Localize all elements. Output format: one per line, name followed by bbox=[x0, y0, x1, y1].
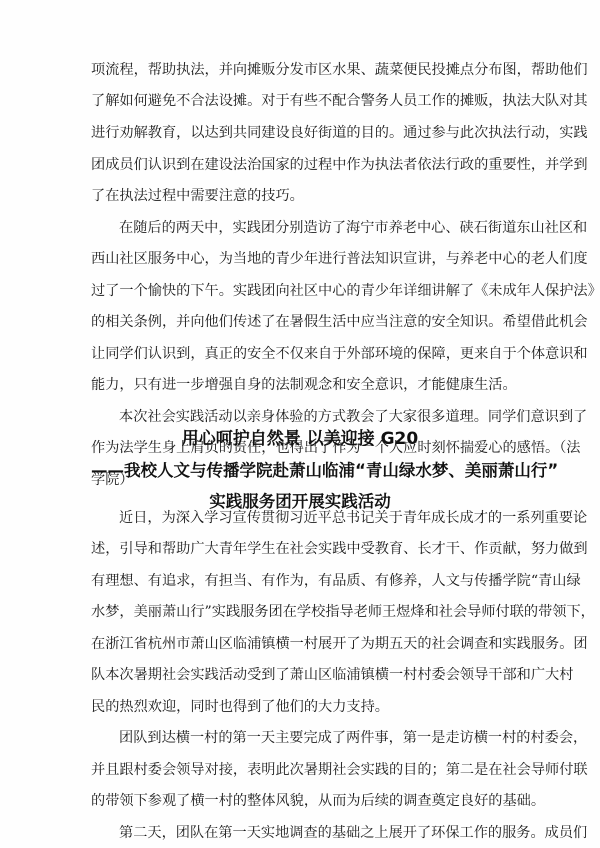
text-line: 的相关条例，并向他们传述了在暑假生活中应当注意的安全知识。希望借此机会 bbox=[91, 312, 511, 332]
text-line: 过了一个愉快的下午。实践团向社区中心的青少年详细讲解了《未成年人保护法》 bbox=[91, 281, 511, 301]
document-page: 项流程，帮助执法，并向摊贩分发市区水果、蔬菜便民投摊点分布图，帮助他们 了解如何… bbox=[0, 0, 600, 848]
text-line: 进行劝解教育，以达到共同建设良好街道的目的。通过参与此次执法行动，实践 bbox=[91, 123, 511, 143]
text-line: 在随后的两天中，实践团分别造访了海宁市养老中心、硖石街道东山社区和 bbox=[119, 218, 511, 238]
text-line: 队本次暑期社会实践活动受到了萧山区临浦镇横一村村委会领导干部和广大村 bbox=[91, 665, 511, 685]
text-line: 让同学们认识到，真正的安全不仅来自于外部环境的保障，更来自于个体意识和 bbox=[91, 344, 511, 364]
text-line: 团成员们认识到在建设法治国家的过程中作为执法者依法行政的重要性，并学到 bbox=[91, 155, 511, 175]
text-line: 项流程，帮助执法，并向摊贩分发市区水果、蔬菜便民投摊点分布图，帮助他们 bbox=[91, 60, 511, 80]
text-line: 近日，为深入学习宣传贯彻习近平总书记关于青年成长成才的一系列重要论 bbox=[119, 508, 511, 528]
text-line: 有理想、有追求，有担当、有作为，有品质、有修养，人文与传播学院“青山绿 bbox=[91, 571, 511, 591]
text-line: 本次社会实践活动以亲身体验的方式教会了大家很多道理。同学们意识到了 bbox=[119, 407, 511, 427]
text-line: 第二天，团队在第一天实地调查的基础之上展开了环保工作的服务。成员们 bbox=[119, 823, 511, 843]
text-line: 并且跟村委会领导对接，表明此次暑期社会实践的目的；第二是在社会导师付联 bbox=[91, 760, 511, 780]
text-line: 水梦，美丽萧山行”实践服务团在学校指导老师王煜烽和社会导师付联的带领下， bbox=[91, 602, 511, 622]
text-line: 了在执法过程中需要注意的技巧。 bbox=[91, 186, 511, 206]
text-line: 述，引导和帮助广大青年学生在社会实践中受教育、长才干、作贡献，努力做到 bbox=[91, 539, 511, 559]
text-line: 了解如何避免不合法设摊。对于有些不配合警务人员工作的摊贩，执法大队对其 bbox=[91, 91, 511, 111]
article-title: 用心呵护自然景 以美迎接 G20 bbox=[0, 427, 600, 451]
text-line: 西山社区服务中心，为当地的青少年进行普法知识宣讲，与养老中心的老人们度 bbox=[91, 249, 511, 269]
text-line: 的带领下参观了横一村的整体风貌，从而为后续的调查奠定良好的基础。 bbox=[91, 791, 511, 811]
article-subtitle: ——我校人文与传播学院赴萧山临浦“青山绿水梦、美丽萧山行” bbox=[91, 459, 511, 483]
text-line: 民的热烈欢迎，同时也得到了他们的大力支持。 bbox=[91, 697, 511, 717]
text-line: 团队到达横一村的第一天主要完成了两件事，第一是走访横一村的村委会， bbox=[119, 728, 511, 748]
text-line: 能力，只有进一步增强自身的法制观念和安全意识，才能健康生活。 bbox=[91, 375, 511, 395]
text-line: 在浙江省杭州市萧山区临浦镇横一村展开了为期五天的社会调查和实践服务。团 bbox=[91, 634, 511, 654]
